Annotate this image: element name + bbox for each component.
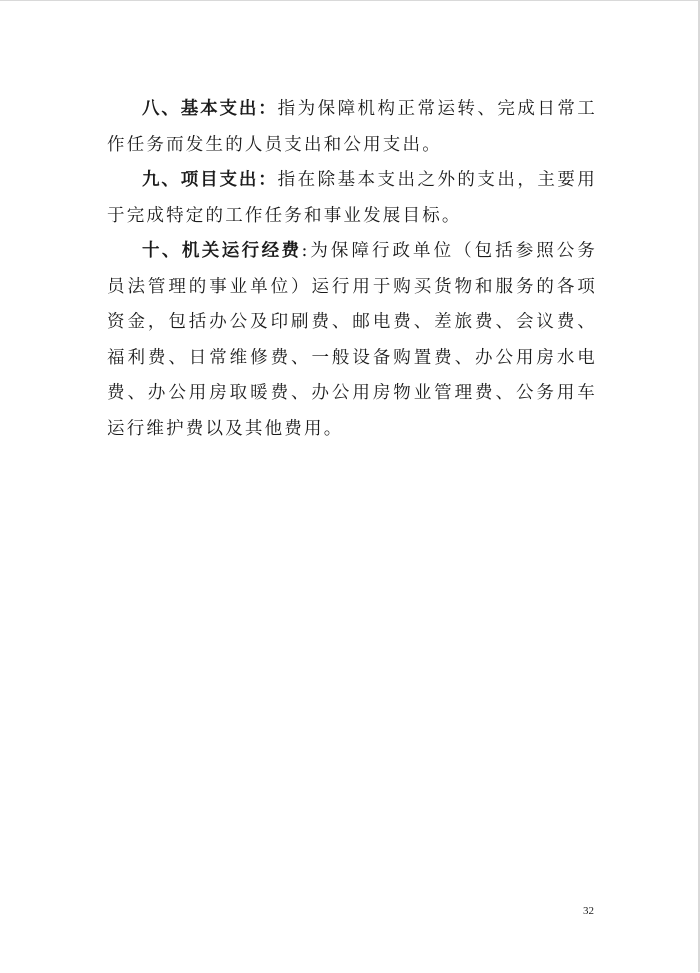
definition-operating-funds: 十、机关运行经费:为保障行政单位（包括参照公务员法管理的事业单位）运行用于购买货… [107, 234, 597, 447]
term-label: 九、项目支出： [142, 170, 278, 190]
document-page: 八、基本支出：指为保障机构正常运转、完成日常工作任务而发生的人员支出和公用支出。… [0, 0, 700, 972]
definition-project-expenditure: 九、项目支出：指在除基本支出之外的支出，主要用于完成特定的工作任务和事业发展目标… [107, 163, 597, 234]
term-definition: :为保障行政单位（包括参照公务员法管理的事业单位）运行用于购买货物和服务的各项资… [107, 241, 597, 439]
term-label: 十、机关运行经费 [142, 241, 301, 261]
document-body: 八、基本支出：指为保障机构正常运转、完成日常工作任务而发生的人员支出和公用支出。… [107, 92, 597, 447]
definition-basic-expenditure: 八、基本支出：指为保障机构正常运转、完成日常工作任务而发生的人员支出和公用支出。 [107, 92, 597, 163]
term-label: 八、基本支出： [142, 99, 278, 119]
page-number: 32 [583, 905, 594, 917]
